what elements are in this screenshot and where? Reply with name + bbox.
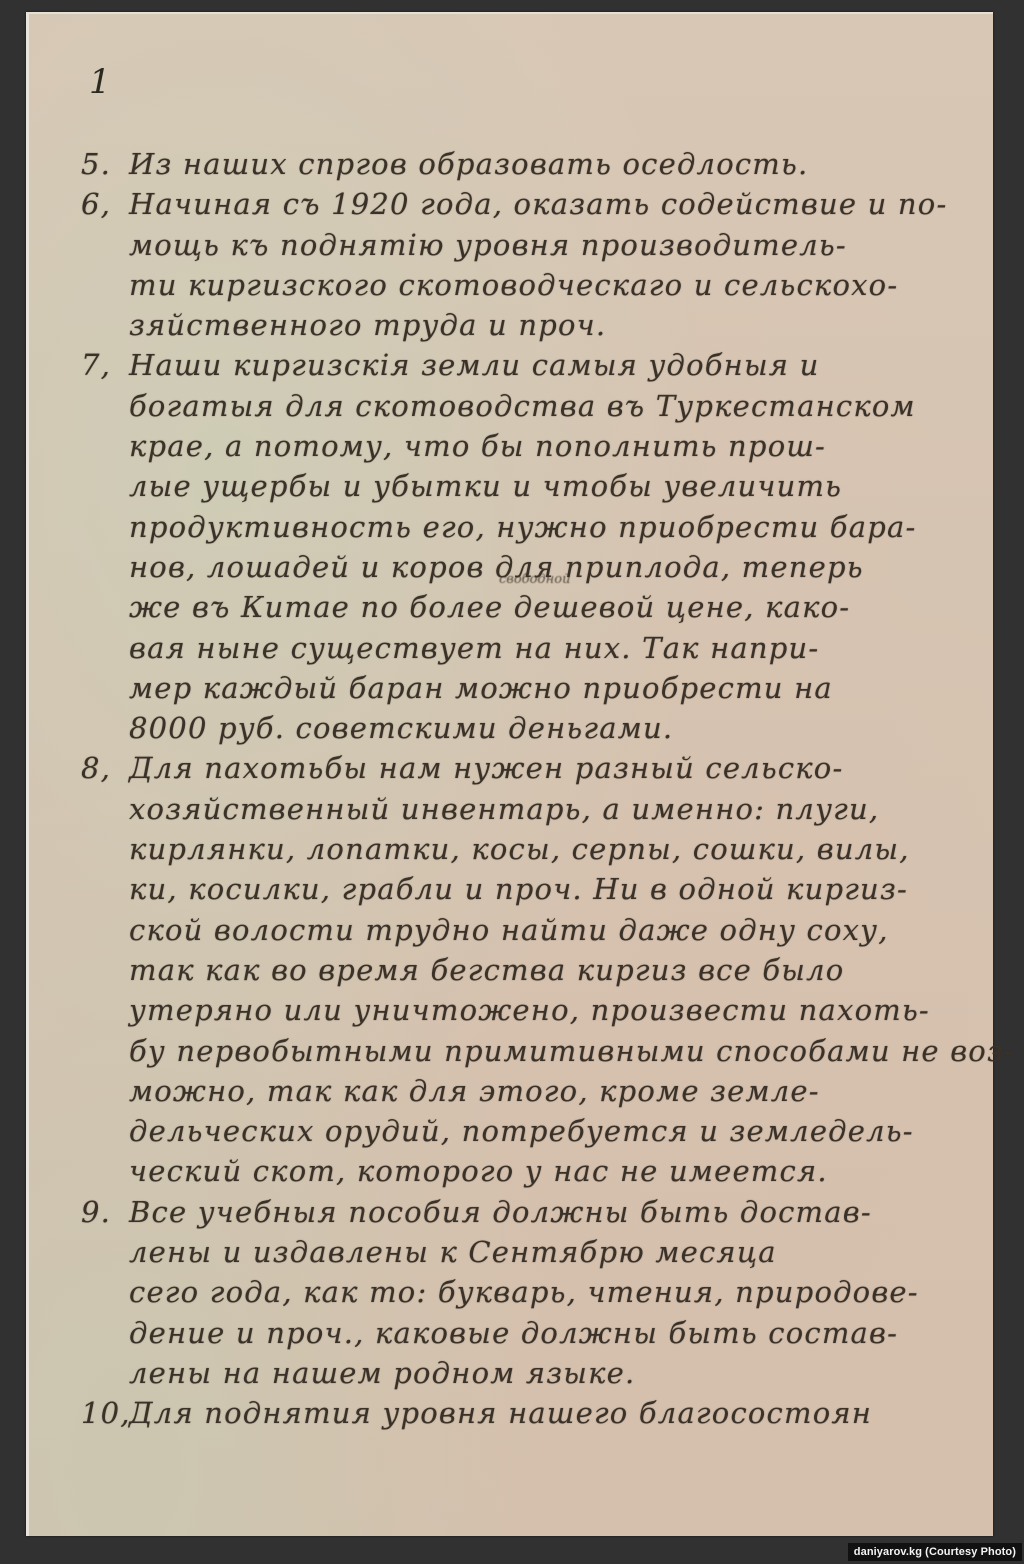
- line-text: ской волости трудно найти даже одну соху…: [129, 913, 889, 947]
- item-number: 6,: [81, 184, 129, 224]
- line-text: мер каждый баран можно приобрести на: [129, 671, 833, 705]
- handwritten-line: ки, косилки, грабли и проч. Ни в одной к…: [81, 869, 1011, 909]
- line-text: лены на нашем родном языке.: [129, 1356, 635, 1390]
- handwritten-line: 8000 руб. советскими деньгами.: [81, 708, 1011, 748]
- line-text: Все учебныя пособия должны быть достав-: [129, 1195, 872, 1229]
- handwritten-line: 8,Для пахотьбы нам нужен разный сельско-: [81, 748, 1011, 788]
- handwritten-line: нов, лошадей и коров для приплода, тепер…: [81, 547, 1011, 587]
- handwritten-line: же въ Китае по более дешевой цене, како-: [81, 587, 1011, 627]
- line-text: утеряно или уничтожено, произвести пахот…: [129, 993, 930, 1027]
- line-text: нов, лошадей и коров для приплода, тепер…: [129, 550, 864, 584]
- line-text: дельческих орудий, потребуется и земледе…: [129, 1114, 914, 1148]
- line-text: сего года, как то: букварь, чтения, прир…: [129, 1275, 919, 1309]
- handwritten-line: хозяйственный инвентарь, а именно: плуги…: [81, 789, 1011, 829]
- item-number: 9.: [81, 1192, 129, 1232]
- line-text: вая ныне существует на них. Так напри-: [129, 631, 819, 665]
- line-text: крае, а потому, что бы пополнить прош-: [129, 429, 826, 463]
- line-text: же въ Китае по более дешевой цене, како-: [129, 590, 850, 624]
- handwritten-line: 7,Наши киргизскія земли самыя удобныя и: [81, 345, 1011, 385]
- line-text: богатыя для скотоводства въ Туркестанско…: [129, 389, 916, 423]
- line-text: Для поднятия уровня нашего благосостоян: [129, 1396, 872, 1430]
- item-number: 5.: [81, 144, 129, 184]
- line-text: мощь къ поднятію уровня производитель-: [129, 228, 847, 262]
- handwritten-line: дение и проч., каковые должны быть соста…: [81, 1313, 1011, 1353]
- line-text: можно, так как для этого, кроме земле-: [129, 1074, 820, 1108]
- handwritten-line: ческий скот, которого у нас не имеется.: [81, 1151, 1011, 1191]
- handwritten-text-body: 5.Из наших спргов образовать оседлость.6…: [81, 144, 1011, 1434]
- handwritten-line: сего года, как то: букварь, чтения, прир…: [81, 1272, 1011, 1312]
- handwritten-line: так как во время бегства киргиз все было: [81, 950, 1011, 990]
- handwritten-line: 6,Начиная съ 1920 года, оказать содейств…: [81, 184, 1011, 224]
- handwritten-line: крае, а потому, что бы пополнить прош-: [81, 426, 1011, 466]
- item-number: 10,: [81, 1393, 129, 1433]
- line-text: кирлянки, лопатки, косы, серпы, сошки, в…: [129, 832, 910, 866]
- photo-background: 1 свободной 5.Из наших спргов образовать…: [0, 0, 1024, 1564]
- handwritten-line: можно, так как для этого, кроме земле-: [81, 1071, 1011, 1111]
- handwritten-line: дельческих орудий, потребуется и земледе…: [81, 1111, 1011, 1151]
- handwritten-line: лые ущербы и убытки и чтобы увеличить: [81, 466, 1011, 506]
- line-text: лые ущербы и убытки и чтобы увеличить: [129, 469, 842, 503]
- line-text: Начиная съ 1920 года, оказать содействие…: [129, 187, 947, 221]
- line-text: Из наших спргов образовать оседлость.: [129, 147, 808, 181]
- line-text: дение и проч., каковые должны быть соста…: [129, 1316, 898, 1350]
- page-number: 1: [89, 62, 111, 102]
- item-number: 8,: [81, 748, 129, 788]
- line-text: ти киргизского скотоводческаго и сельско…: [129, 268, 898, 302]
- line-text: ки, косилки, грабли и проч. Ни в одной к…: [129, 872, 908, 906]
- handwritten-line: мер каждый баран можно приобрести на: [81, 668, 1011, 708]
- photo-credit: daniyarov.kg (Courtesy Photo): [848, 1543, 1022, 1561]
- handwritten-line: ской волости трудно найти даже одну соху…: [81, 910, 1011, 950]
- handwritten-line: утеряно или уничтожено, произвести пахот…: [81, 990, 1011, 1030]
- line-text: бу первобытными примитивными способами н…: [129, 1034, 1011, 1068]
- handwritten-line: кирлянки, лопатки, косы, серпы, сошки, в…: [81, 829, 1011, 869]
- line-text: ческий скот, которого у нас не имеется.: [129, 1154, 828, 1188]
- line-text: Для пахотьбы нам нужен разный сельско-: [129, 751, 843, 785]
- line-text: 8000 руб. советскими деньгами.: [129, 711, 673, 745]
- line-text: хозяйственный инвентарь, а именно: плуги…: [129, 792, 879, 826]
- handwritten-line: 10,Для поднятия уровня нашего благососто…: [81, 1393, 1011, 1433]
- handwritten-line: зяйственного труда и проч.: [81, 305, 1011, 345]
- item-number: 7,: [81, 345, 129, 385]
- line-text: так как во время бегства киргиз все было: [129, 953, 844, 987]
- handwritten-line: вая ныне существует на них. Так напри-: [81, 628, 1011, 668]
- handwritten-line: богатыя для скотоводства въ Туркестанско…: [81, 386, 1011, 426]
- handwritten-line: продуктивность его, нужно приобрести бар…: [81, 507, 1011, 547]
- handwritten-line: лены и издавлены к Сентябрю месяца: [81, 1232, 1011, 1272]
- manuscript-page: 1 свободной 5.Из наших спргов образовать…: [26, 12, 993, 1536]
- line-text: зяйственного труда и проч.: [129, 308, 606, 342]
- line-text: Наши киргизскія земли самыя удобныя и: [129, 348, 820, 382]
- handwritten-line: ти киргизского скотоводческаго и сельско…: [81, 265, 1011, 305]
- line-text: продуктивность его, нужно приобрести бар…: [129, 510, 916, 544]
- handwritten-line: 9.Все учебныя пособия должны быть достав…: [81, 1192, 1011, 1232]
- line-text: лены и издавлены к Сентябрю месяца: [129, 1235, 777, 1269]
- handwritten-line: лены на нашем родном языке.: [81, 1353, 1011, 1393]
- handwritten-line: бу первобытными примитивными способами н…: [81, 1031, 1011, 1071]
- handwritten-line: мощь къ поднятію уровня производитель-: [81, 225, 1011, 265]
- handwritten-line: 5.Из наших спргов образовать оседлость.: [81, 144, 1011, 184]
